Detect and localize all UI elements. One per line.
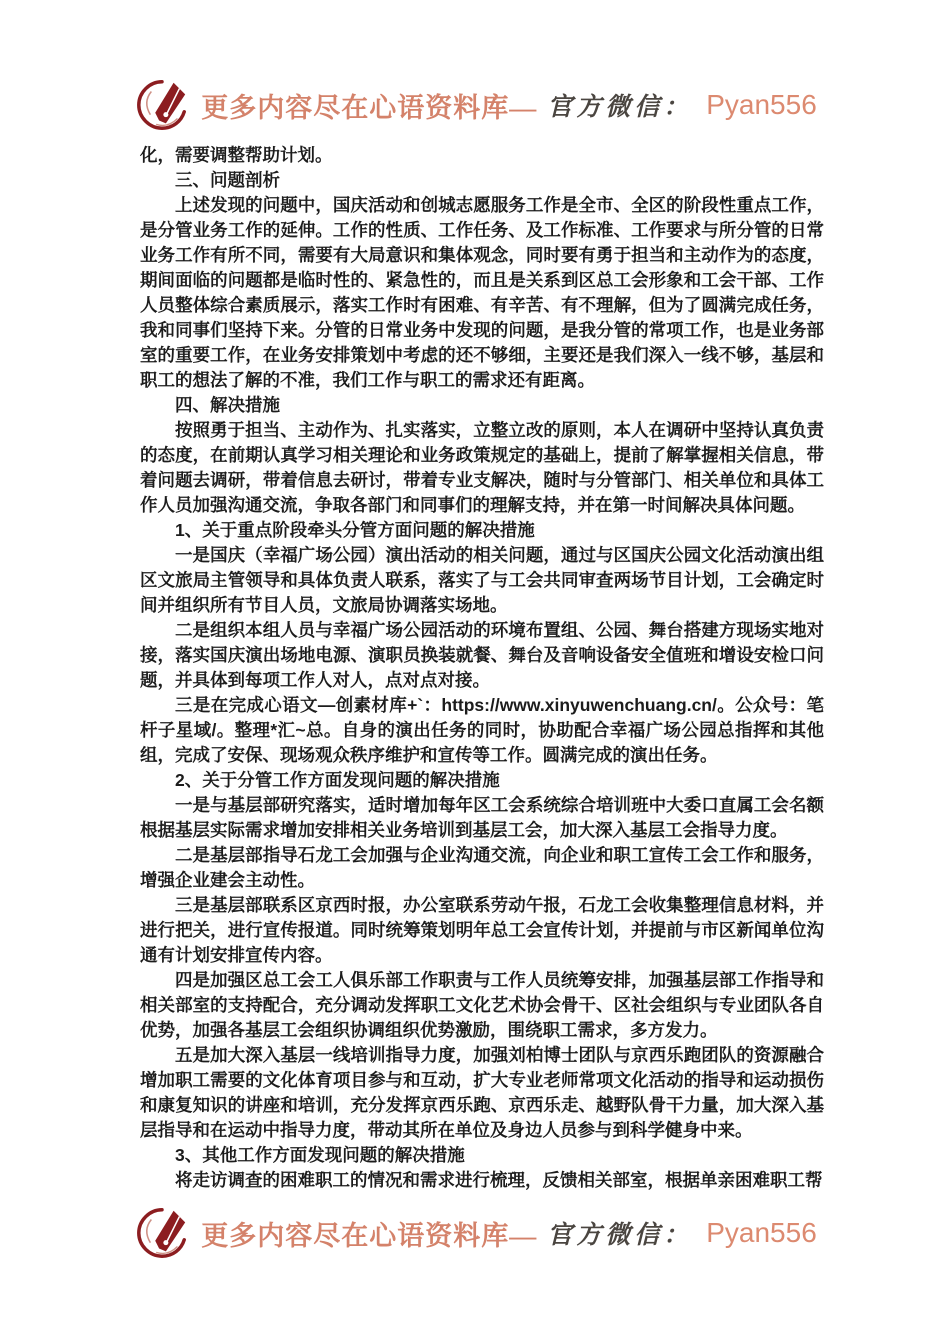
paragraph: 将走访调查的困难职工的情况和需求进行梳理，反馈相关部室，根据单亲困难职工帮 xyxy=(140,1168,824,1193)
paragraph: 四是加强区总工会工人俱乐部工作职责与工作人员统筹安排，加强基层部工作指导和相关部… xyxy=(140,968,824,1043)
watermark-text: 更多内容尽在心语资料库— xyxy=(201,86,537,125)
paragraph: 二是基层部指导石龙工会加强与企业沟通交流，向企业和职工宣传工会工作和服务，增强企… xyxy=(140,843,824,893)
paragraph: 3、其他工作方面发现问题的解决措施 xyxy=(140,1143,824,1168)
paragraph: 一是与基层部研究落实，适时增加每年区工会系统综合培训班中大委口直属工会名额根据基… xyxy=(140,793,824,843)
paragraph: 四、解决措施 xyxy=(140,393,824,418)
watermark-wechat-id: Pyan556 xyxy=(706,1217,817,1249)
paragraph: 上述发现的问题中，国庆活动和创城志愿服务工作是全市、全区的阶段性重点工作，是分管… xyxy=(140,193,824,393)
paragraph: 按照勇于担当、主动作为、扎实落实，立整立改的原则，本人在调研中坚持认真负责的态度… xyxy=(140,418,824,518)
paragraph: 2、关于分管工作方面发现问题的解决措施 xyxy=(140,768,824,793)
pen-swirl-logo-icon xyxy=(133,1204,191,1262)
watermark-wechat-label: 官方微信： xyxy=(547,1215,692,1251)
watermark-text: 更多内容尽在心语资料库— xyxy=(201,1214,537,1253)
paragraph: 三是基层部联系区京西时报，办公室联系劳动午报，石龙工会收集整理信息材料，并进行把… xyxy=(140,893,824,968)
header-watermark: 更多内容尽在心语资料库— 官方微信： Pyan556 xyxy=(0,76,950,134)
watermark-wechat-id: Pyan556 xyxy=(706,89,817,121)
footer-watermark: 更多内容尽在心语资料库— 官方微信： Pyan556 xyxy=(0,1202,950,1264)
paragraph: 五是加大深入基层一线培训指导力度，加强刘柏博士团队与京西乐跑团队的资源融合增加职… xyxy=(140,1043,824,1143)
paragraph: 三是在完成心语文—创素材库+`：https://www.xinyuwenchua… xyxy=(140,693,824,768)
pen-swirl-logo-icon xyxy=(133,76,191,134)
paragraph: 化，需要调整帮助计划。 xyxy=(140,143,824,168)
paragraph: 三、问题剖析 xyxy=(140,168,824,193)
paragraph: 二是组织本组人员与幸福广场公园活动的环境布置组、公园、舞台搭建方现场实地对接，落… xyxy=(140,618,824,693)
document-page: 更多内容尽在心语资料库— 官方微信： Pyan556 化，需要调整帮助计划。三、… xyxy=(0,0,950,1344)
paragraph: 1、关于重点阶段牵头分管方面问题的解决措施 xyxy=(140,518,824,543)
watermark-wechat-label: 官方微信： xyxy=(547,87,692,123)
paragraph: 一是国庆（幸福广场公园）演出活动的相关问题，通过与区国庆公园文化活动演出组区文旅… xyxy=(140,543,824,618)
document-body: 化，需要调整帮助计划。三、问题剖析上述发现的问题中，国庆活动和创城志愿服务工作是… xyxy=(140,143,824,1193)
